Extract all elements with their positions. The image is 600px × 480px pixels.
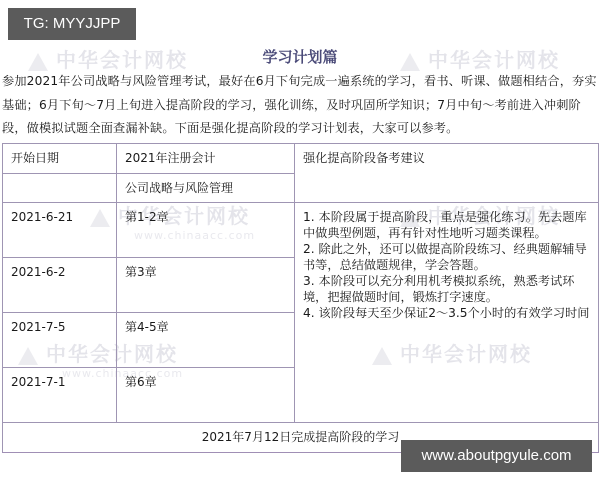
intro-paragraph: 参加2021年公司战略与风险管理考试，最好在6月下旬完成一遍系统的学习，看书、听…	[2, 70, 598, 141]
row-date: 2021-6-21	[3, 203, 117, 258]
row-chapter: 第6章	[117, 368, 295, 423]
header-exam-year: 2021年注册会计	[117, 144, 295, 174]
header-subject: 公司战略与风险管理	[117, 174, 295, 203]
table-header-row: 开始日期 2021年注册会计 强化提高阶段备考建议	[3, 144, 599, 174]
advice-cell: 1. 本阶段属于提高阶段，重点是强化练习。先去题库中做典型例题，再有针对性地听习…	[295, 203, 599, 423]
header-start-date: 开始日期	[3, 144, 117, 174]
row-date: 2021-6-2	[3, 258, 117, 313]
row-chapter: 第1-2章	[117, 203, 295, 258]
page-title: 学习计划篇	[0, 46, 600, 67]
header-empty-cell	[3, 174, 117, 203]
row-chapter: 第4-5章	[117, 313, 295, 368]
url-badge: www.aboutpgyule.com	[401, 440, 592, 472]
study-plan-table: 开始日期 2021年注册会计 强化提高阶段备考建议 公司战略与风险管理 2021…	[2, 143, 599, 453]
table-row: 2021-6-21 第1-2章 1. 本阶段属于提高阶段，重点是强化练习。先去题…	[3, 203, 599, 258]
row-date: 2021-7-5	[3, 313, 117, 368]
header-advice: 强化提高阶段备考建议	[295, 144, 599, 203]
tag-badge: TG: MYYJJPP	[8, 8, 136, 40]
row-date: 2021-7-1	[3, 368, 117, 423]
advice-item: 3. 本阶段可以充分利用机考模拟系统，熟悉考试环境，把握做题时间，锻炼打字速度。	[303, 273, 590, 305]
advice-item: 4. 该阶段每天至少保证2～3.5个小时的有效学习时间	[303, 305, 590, 321]
advice-item: 2. 除此之外，还可以做提高阶段练习、经典题解辅导书等，总结做题规律，学会答题。	[303, 241, 590, 273]
row-chapter: 第3章	[117, 258, 295, 313]
advice-item: 1. 本阶段属于提高阶段，重点是强化练习。先去题库中做典型例题，再有针对性地听习…	[303, 209, 590, 241]
